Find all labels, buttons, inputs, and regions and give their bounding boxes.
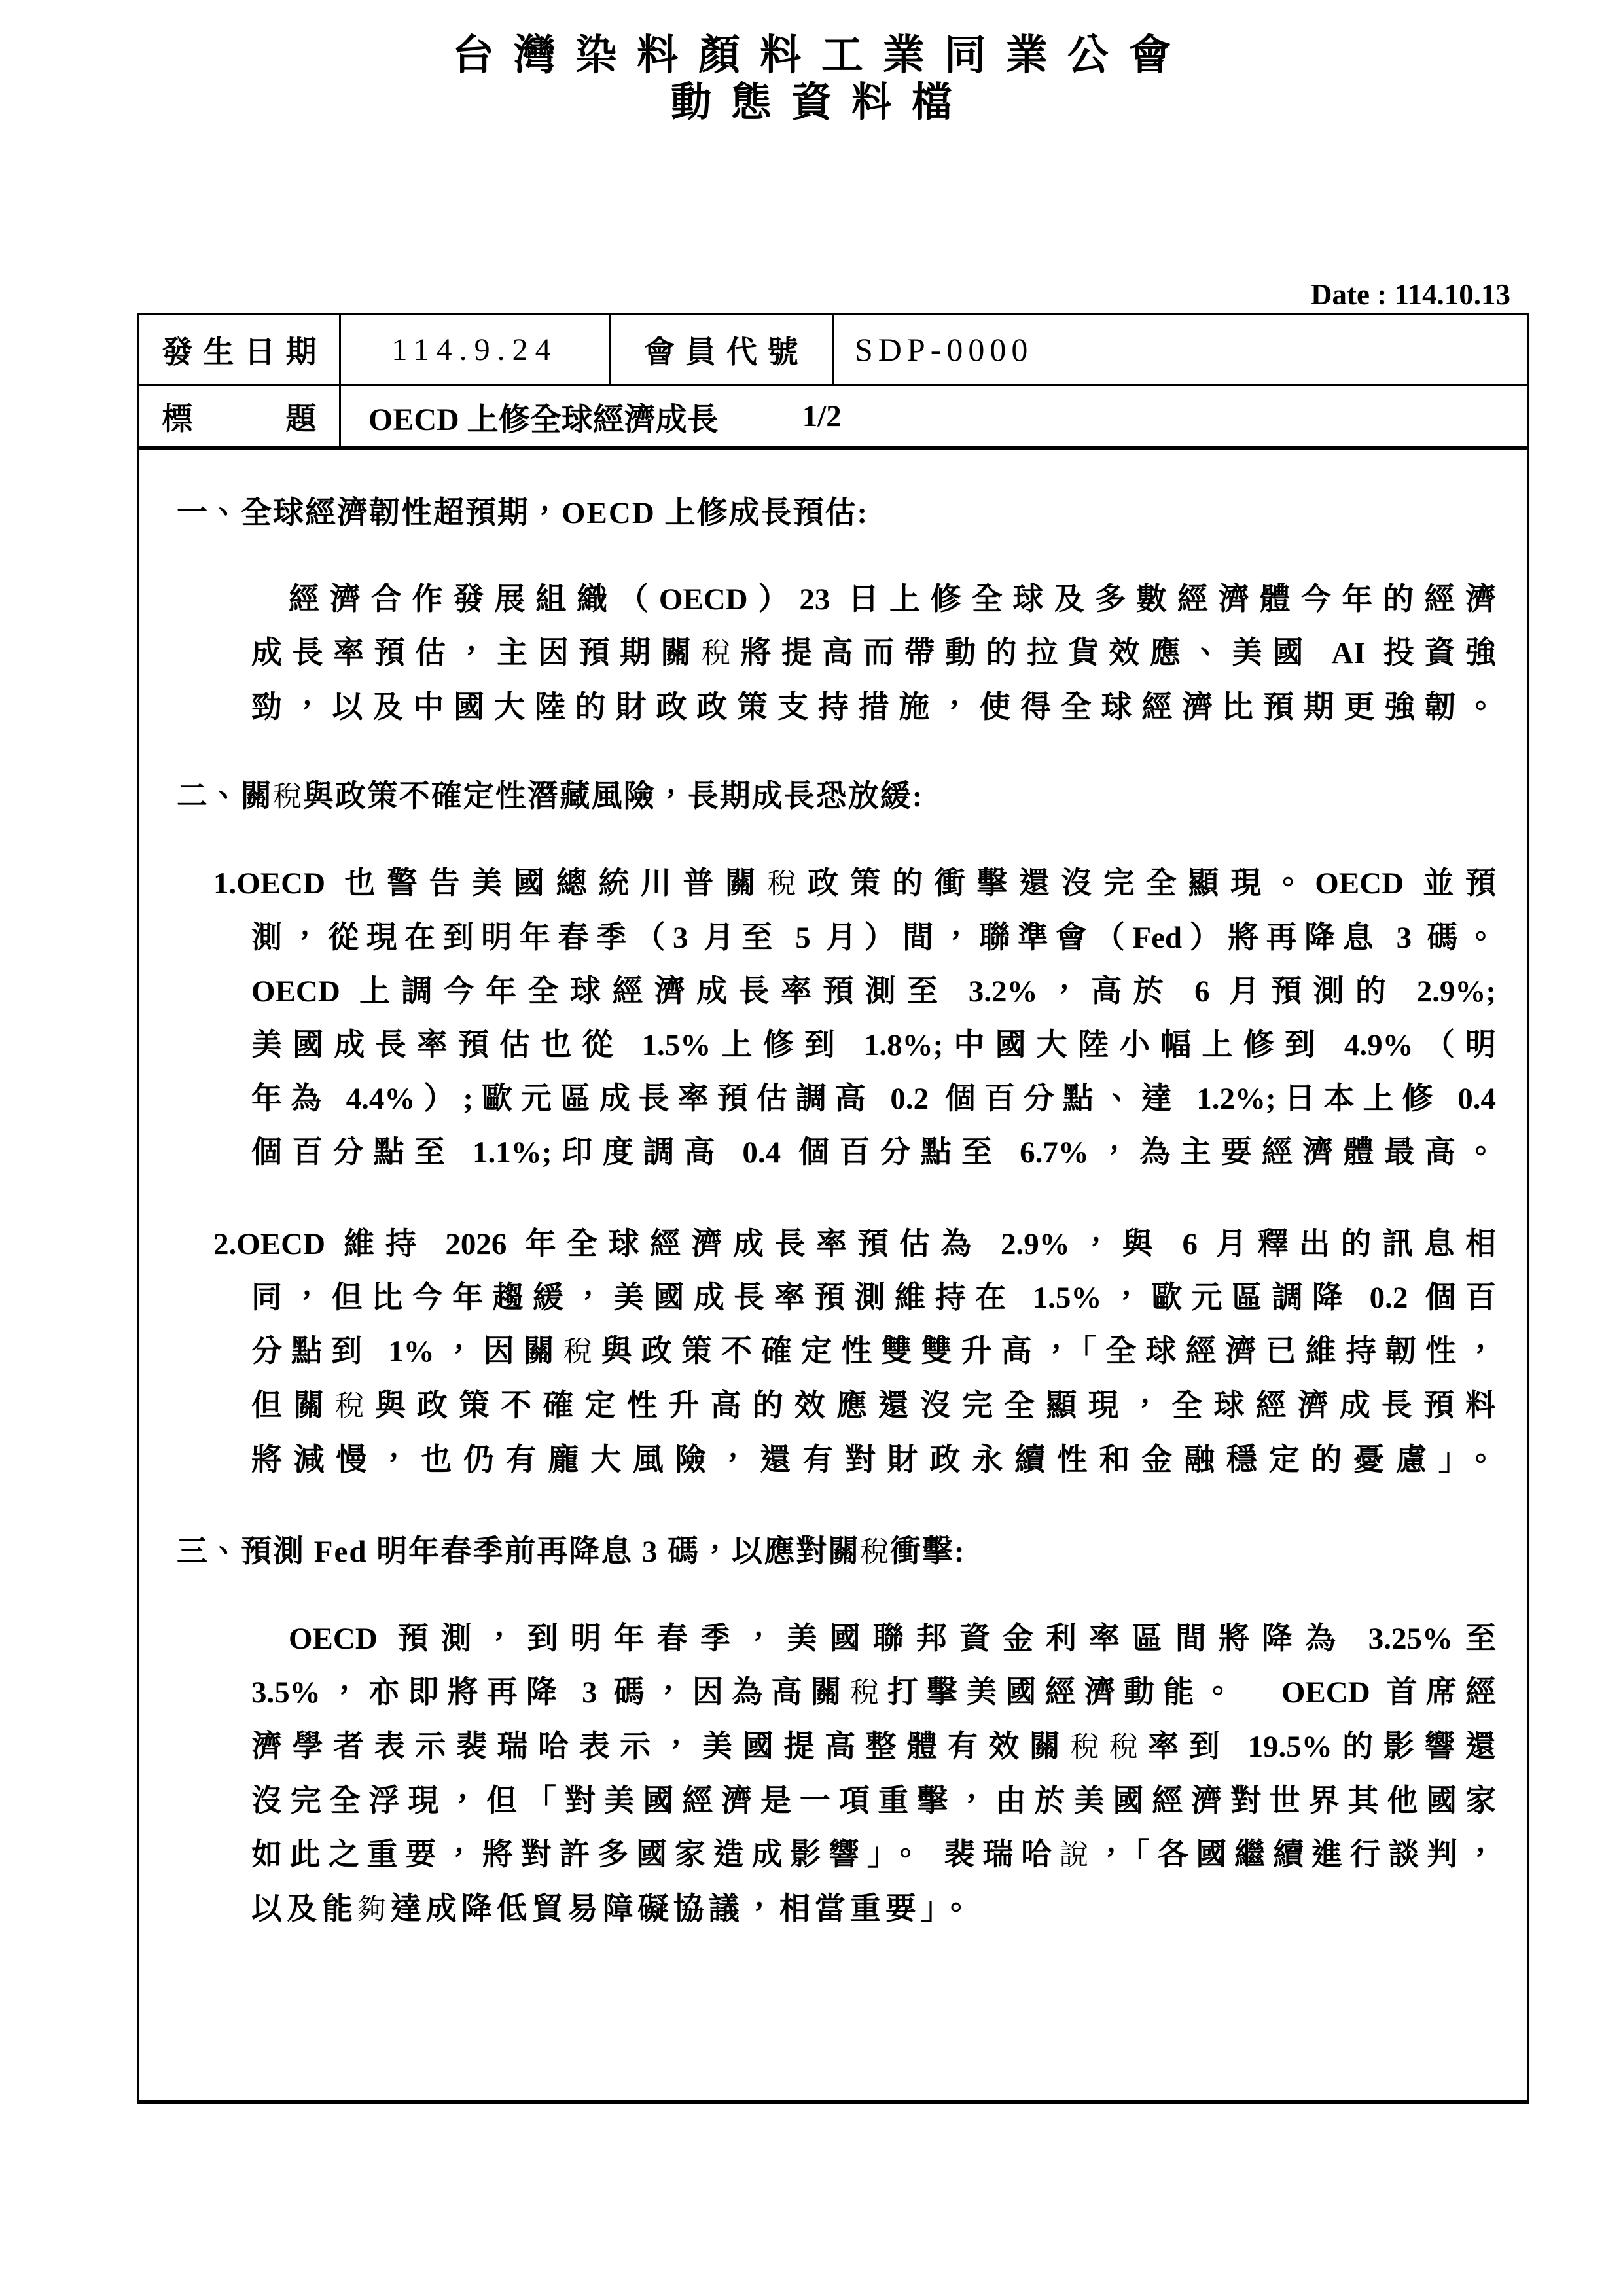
text-line: 經濟合作發展組織（OECD）23 日上修全球及多數經濟體今年的經濟 [251, 573, 1496, 626]
text-line: 年為 4.4%）;歐元區成長率預估調高 0.2 個百分點、達 1.2%;日本上修… [251, 1072, 1496, 1126]
text-line: OECD 上調今年全球經濟成長率預測至 3.2%，高於 6 月預測的 2.9%; [251, 965, 1496, 1018]
text-line: 2.OECD 維持 2026 年全球經濟成長率預估為 2.9%，與 6 月釋出的… [213, 1217, 1496, 1271]
text-line: 同，但比今年趨緩，美國成長率預測維持在 1.5%，歐元區調降 0.2 個百 [251, 1271, 1496, 1325]
subject-title: OECD 上修全球經濟成長 [368, 394, 719, 439]
text-line: 勁，以及中國大陸的財政政策支持措施，使得全球經濟比預期更強韌。 [251, 681, 1496, 734]
numbered-item: 2.OECD 維持 2026 年全球經濟成長率預估為 2.9%，與 6 月釋出的… [251, 1217, 1496, 1487]
article-body: 一、全球經濟韌性超預期，OECD 上修成長預估: 經濟合作發展組織（OECD）2… [139, 450, 1527, 2100]
text-line: 濟學者表示裴瑞哈表示，美國提高整體有效關稅稅率到 19.5%的影響還 [251, 1720, 1496, 1774]
text-line: 但關稅與政策不確定性升高的效應還沒完全顯現，全球經濟成長預料 [251, 1379, 1496, 1433]
text-line: 美國成長率預估也從 1.5%上修到 1.8%;中國大陸小幅上修到 4.9%（明 [251, 1018, 1496, 1072]
text-line: 3.5%，亦即將再降 3 碼，因為高關稅打擊美國經濟動能。 OECD 首席經 [251, 1666, 1496, 1720]
occur-date-label: 發生日期 [139, 315, 341, 384]
numbered-item: 1.OECD 也警告美國總統川普關稅政策的衝擊還沒完全顯現。OECD 並預測，從… [251, 857, 1496, 1179]
page-indicator: 1/2 [802, 399, 842, 434]
section-2: 二、關稅與政策不確定性潛藏風險，長期成長恐放緩: 1.OECD 也警告美國總統川… [251, 770, 1496, 1487]
info-table: 發生日期 114.9.24 會員代號 SDP-0000 標 題 OECD 上修全… [137, 313, 1529, 2104]
text-line: 個百分點至 1.1%;印度調高 0.4 個百分點至 6.7%，為主要經濟體最高。 [251, 1126, 1496, 1179]
info-table-row-1: 發生日期 114.9.24 會員代號 SDP-0000 [139, 315, 1527, 386]
text-line: 1.OECD 也警告美國總統川普關稅政策的衝擊還沒完全顯現。OECD 並預 [213, 857, 1496, 911]
paragraph: OECD 預測，到明年春季，美國聯邦資金利率區間將降為 3.25%至3.5%，亦… [251, 1612, 1496, 1937]
section-heading: 三、預測 Fed 明年春季前再降息 3 碼，以應對關稅衝擊: [177, 1525, 1496, 1579]
date-line: Date : 114.10.13 [0, 278, 1623, 312]
text-line: 成長率預估，主因預期關稅將提高而帶動的拉貨效應、美國 AI 投資強 [251, 626, 1496, 681]
text-line: 將減慢，也仍有龐大風險，還有對財政永續性和金融穩定的憂慮」。 [251, 1433, 1496, 1487]
text-line: 分點到 1%，因關稅與政策不確定性雙雙升高，「全球經濟已維持韌性， [251, 1325, 1496, 1379]
section-1: 一、全球經濟韌性超預期，OECD 上修成長預估: 經濟合作發展組織（OECD）2… [251, 486, 1496, 734]
section-heading: 一、全球經濟韌性超預期，OECD 上修成長預估: [177, 486, 1496, 540]
paragraph: 經濟合作發展組織（OECD）23 日上修全球及多數經濟體今年的經濟成長率預估，主… [251, 573, 1496, 734]
text-line: 如此之重要，將對許多國家造成影響」。 裴瑞哈說，「各國繼續進行談判， [251, 1828, 1496, 1882]
member-code-label: 會員代號 [611, 315, 834, 384]
text-line: 以及能夠達成降低貿易障礙協議，相當重要」。 [251, 1882, 1496, 1937]
text-line: OECD 預測，到明年春季，美國聯邦資金利率區間將降為 3.25%至 [251, 1612, 1496, 1666]
subject-label: 標 題 [139, 386, 341, 446]
section-heading: 二、關稅與政策不確定性潛藏風險，長期成長恐放緩: [177, 770, 1496, 824]
text-line: 沒完全浮現，但「對美國經濟是一項重擊，由於美國經濟對世界其他國家 [251, 1774, 1496, 1828]
info-table-row-2: 標 題 OECD 上修全球經濟成長 1/2 [139, 386, 1527, 450]
member-code-value: SDP-0000 [834, 315, 1527, 384]
occur-date-value: 114.9.24 [341, 315, 611, 384]
subject-value-cell: OECD 上修全球經濟成長 1/2 [341, 386, 1527, 446]
organization-title: 台灣染料顏料工業同業公會 [0, 33, 1623, 79]
document-type-title: 動態資料檔 [0, 81, 1623, 124]
section-3: 三、預測 Fed 明年春季前再降息 3 碼，以應對關稅衝擊: OECD 預測，到… [251, 1525, 1496, 1937]
document-page: 台灣染料顏料工業同業公會 動態資料檔 Date : 114.10.13 發生日期… [0, 0, 1623, 2296]
text-line: 測，從現在到明年春季（3 月至 5 月）間，聯準會（Fed）將再降息 3 碼。 [251, 911, 1496, 965]
